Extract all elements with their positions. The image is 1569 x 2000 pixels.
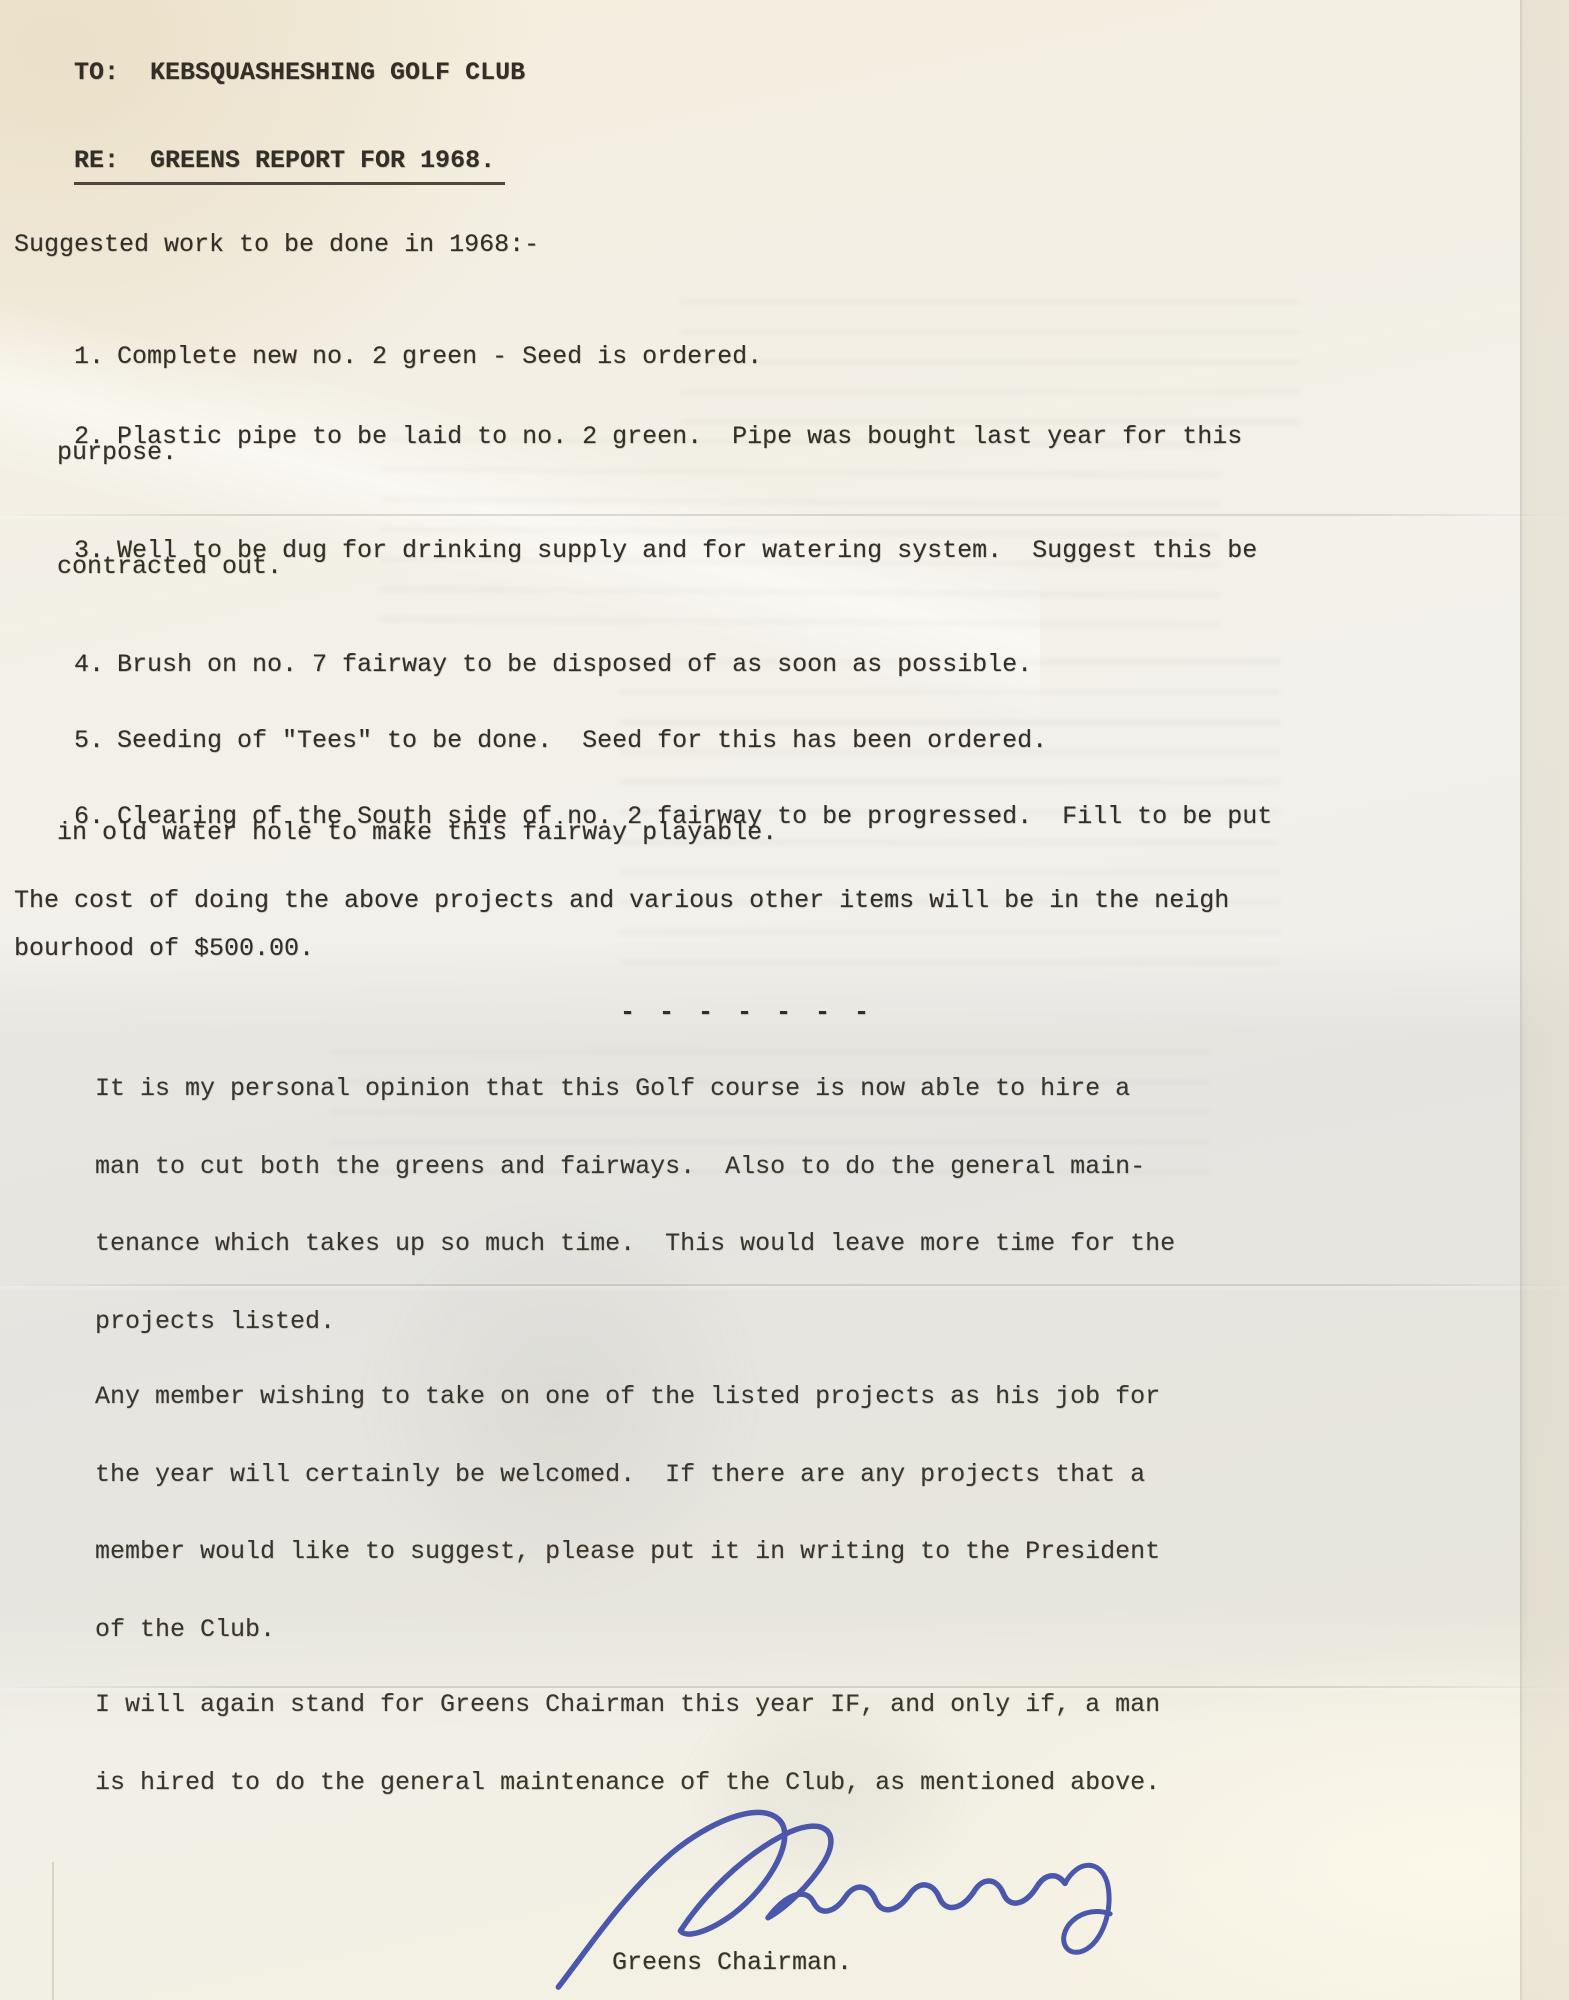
paragraph-line: I will again stand for Greens Chairman t… bbox=[95, 1688, 1160, 1766]
item-text: Seeding of "Tees" to be done. Seed for t… bbox=[117, 726, 1047, 755]
re-line: RE:GREENS REPORT FOR 1968. bbox=[14, 110, 505, 212]
item-number: 4. bbox=[74, 648, 117, 682]
item-text: Complete new no. 2 green - Seed is order… bbox=[117, 342, 762, 371]
paragraph-line: Any member wishing to take on one of the… bbox=[95, 1380, 1160, 1458]
dashed-separator: - - - - - - - bbox=[620, 996, 869, 1030]
paragraph-line: member would like to suggest, please put… bbox=[95, 1535, 1160, 1613]
paragraph-line: It is my personal opinion that this Golf… bbox=[95, 1072, 1175, 1150]
re-label: RE: bbox=[74, 144, 150, 178]
paper-fold-right bbox=[1520, 0, 1569, 2000]
item-text: Brush on no. 7 fairway to be disposed of… bbox=[117, 650, 1032, 679]
to-value: KEBSQUASHESHING GOLF CLUB bbox=[150, 58, 525, 87]
paragraph-members: Any member wishing to take on one of the… bbox=[95, 1380, 1160, 1690]
re-value: GREENS REPORT FOR 1968. bbox=[150, 146, 495, 175]
item-number: 5. bbox=[74, 724, 117, 758]
item-text: Plastic pipe to be laid to no. 2 green. … bbox=[117, 422, 1242, 451]
to-line: TO:KEBSQUASHESHING GOLF CLUB bbox=[14, 22, 525, 124]
cost-line-1: The cost of doing the above projects and… bbox=[14, 884, 1229, 918]
paper-fold-bottom-left bbox=[52, 1862, 54, 2000]
list-item-6-continued: in old water hole to make this fairway p… bbox=[57, 816, 777, 850]
paragraph-opinion: It is my personal opinion that this Golf… bbox=[95, 1072, 1175, 1382]
list-item-2: 2.Plastic pipe to be laid to no. 2 green… bbox=[14, 386, 1242, 488]
paragraph-line: projects listed. bbox=[95, 1305, 1175, 1383]
paragraph-line: tenance which takes up so much time. Thi… bbox=[95, 1227, 1175, 1305]
item-text: Well to be dug for drinking supply and f… bbox=[117, 536, 1257, 565]
re-underlined-text: RE:GREENS REPORT FOR 1968. bbox=[74, 146, 505, 185]
list-item-3-continued: contracted out. bbox=[57, 550, 282, 584]
paragraph-line: the year will certainly be welcomed. If … bbox=[95, 1458, 1160, 1536]
to-label: TO: bbox=[74, 56, 150, 90]
paragraph-line: man to cut both the greens and fairways.… bbox=[95, 1150, 1175, 1228]
item-number: 1. bbox=[74, 340, 117, 374]
cost-line-2: bourhood of $500.00. bbox=[14, 932, 314, 966]
list-item-2-continued: purpose. bbox=[57, 436, 177, 470]
paragraph-line: of the Club. bbox=[95, 1613, 1160, 1691]
scanned-letter-page: TO:KEBSQUASHESHING GOLF CLUB RE:GREENS R… bbox=[0, 0, 1569, 2000]
signature-title: Greens Chairman. bbox=[612, 1946, 852, 1980]
intro-line: Suggested work to be done in 1968:- bbox=[14, 228, 539, 262]
